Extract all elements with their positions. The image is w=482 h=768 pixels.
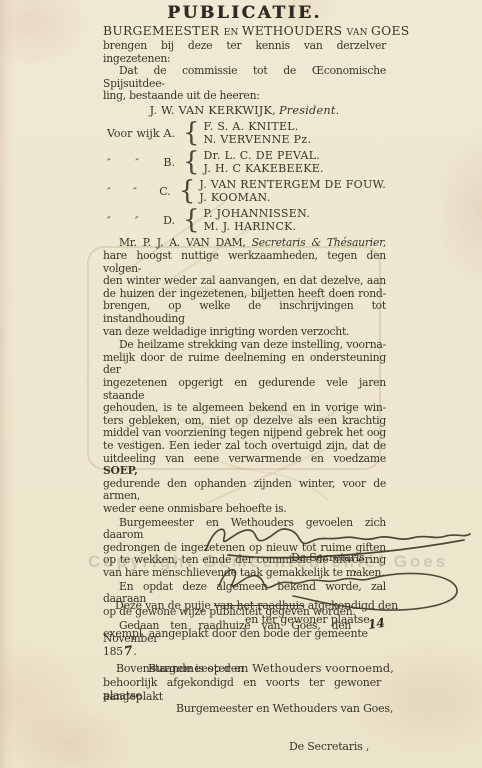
- ward-names: F. S. A. KNITEL. N. VERVENNE Pz.: [204, 120, 312, 146]
- text-line: gehouden, is te algemeen bekend en in vo…: [103, 402, 386, 415]
- bovenstaande-signoff: Burgemeester en Wethouders van Goes,: [176, 702, 393, 715]
- paragraph-giften: Burgemeester en Wethouders gevoelen zich…: [103, 517, 386, 580]
- ward-member: J. KOOMAN.: [199, 191, 386, 204]
- afkondiging-line-1: Deze van de puije van het raadhuis afgek…: [115, 599, 398, 612]
- bovenstaande-line-1: Bovenstaande is op den: [116, 662, 244, 675]
- scanned-publication-page: Copyright Gemeentearchief Goes PUBLICATI…: [0, 0, 482, 768]
- ward-row-d: ″″D. { P. JOHANNISSEN. M. J. HARINCK.: [103, 207, 386, 233]
- president-title: President.: [279, 104, 339, 117]
- ward-names: P. JOHANNISSEN. M. J. HARINCK.: [204, 207, 311, 233]
- ward-row-b: ″″B. { Dr. L. C. DE PEVAL. J. H. C KAKEB…: [103, 149, 386, 175]
- text-line: hare hoogst nuttige werkzaamheden, tegen…: [103, 250, 386, 275]
- text-line: Dat de commissie tot de Œconomische Spij…: [103, 65, 386, 90]
- afkondiging-line-2: en ter gewoner plaatse: [245, 613, 370, 626]
- text-span: afgekondigd den: [304, 599, 398, 612]
- text-line: brengen, op welke de inschrijvingen tot …: [103, 300, 386, 325]
- ward-member: N. VERVENNE Pz.: [204, 133, 312, 146]
- brace-glyph: {: [179, 178, 196, 204]
- heading-part: BURGEMEESTER: [103, 24, 224, 38]
- text-line: Burgemeester en Wethouders gevoelen zich…: [103, 517, 386, 542]
- ditto-mark: ″: [135, 216, 139, 227]
- ward-row-a: VoorwijkA. { F. S. A. KNITEL. N. VERVENN…: [103, 120, 386, 146]
- ward-member: Dr. L. C. DE PEVAL.: [204, 149, 324, 162]
- text-span-italic: Secretaris & Thésaurier,: [252, 236, 386, 249]
- ditto-mark: ″: [133, 187, 137, 198]
- heading-part: GOES: [371, 24, 410, 38]
- ward-label: ″″D.: [103, 214, 175, 227]
- heading-part: EN: [224, 28, 242, 38]
- text-line: uitdeeling van eene verwarmende en voedz…: [103, 453, 386, 478]
- ward-names: J. VAN RENTERGEM DE FOUW. J. KOOMAN.: [199, 178, 386, 204]
- ditto-mark: ″: [107, 216, 111, 227]
- president-line: J. W. VAN KERKWIJK,President.: [103, 104, 386, 118]
- text-line: gedurende den ophanden zijnden winter, v…: [103, 478, 386, 503]
- heading-part: WETHOUDERS: [242, 24, 347, 38]
- ward-label: ″″B.: [103, 156, 175, 169]
- brace-glyph: {: [183, 149, 200, 175]
- ward-row-c: ″″C. { J. VAN RENTERGEM DE FOUW. J. KOOM…: [103, 178, 386, 204]
- text-line: ingezetenen opgerigt en gedurende vele j…: [103, 377, 386, 402]
- text-line: melijk door de ruime deelneming en onder…: [103, 352, 386, 377]
- handwritten-digit: 7: [123, 645, 133, 659]
- text-line: van hare menschlievende taak gemakkelijk…: [103, 567, 386, 580]
- text-line: weder eene onmisbare behoefte is.: [103, 503, 386, 516]
- ditto-mark: ″: [107, 187, 111, 198]
- ditto-mark: ″: [107, 158, 111, 169]
- text-span: Deze van de puije: [115, 599, 214, 612]
- text-span: Mr. P. J. A. VAN DAM,: [119, 236, 252, 249]
- ward-names: Dr. L. C. DE PEVAL. J. H. C KAKEBEEKE.: [204, 149, 324, 175]
- year-line: 1857.: [103, 645, 386, 659]
- issuer-heading: BURGEMEESTER EN WETHOUDERS VAN GOES: [103, 23, 386, 40]
- text-span: uitdeeling van eene verwarmende en voedz…: [103, 452, 386, 465]
- brace-glyph: {: [183, 207, 200, 233]
- printed-year: 185: [103, 645, 123, 658]
- ward-letter: B.: [163, 156, 175, 169]
- ward-member: M. J. HARINCK.: [204, 220, 311, 233]
- ward-letter: D.: [163, 214, 175, 227]
- ward-label-word: wijk: [136, 127, 159, 140]
- ward-label: VoorwijkA.: [103, 127, 175, 140]
- ward-member: F. S. A. KNITEL.: [204, 120, 312, 133]
- bovenstaande-line-3: aangeplakt: [103, 690, 163, 703]
- ward-member: J. H. C KAKEBEEKE.: [204, 162, 324, 175]
- ward-label: ″″C.: [103, 185, 171, 198]
- text-line: ling, bestaande uit de heeren:: [103, 90, 386, 103]
- signoff-secretaris-label: De Secretaris: [291, 551, 365, 564]
- text-line: De heilzame strekking van deze instellin…: [103, 339, 386, 352]
- heading-part: VAN: [347, 28, 371, 38]
- ward-letter: A.: [164, 127, 175, 140]
- struck-text: van het raadhuis: [214, 599, 304, 612]
- text-span: .: [133, 645, 136, 658]
- ditto-mark: ″: [135, 158, 139, 169]
- soep-emphasis: SOEP,: [103, 464, 138, 477]
- publication-title: PUBLICATIE.: [103, 4, 386, 22]
- text-line: van deze weldadige inrigting worden verz…: [103, 326, 386, 339]
- president-name: J. W. VAN KERKWIJK,: [150, 104, 276, 117]
- ward-label-word: Voor: [107, 127, 132, 140]
- afkondiging-line-3: exempl. aangeplakt door den bode der gem…: [103, 627, 368, 640]
- printed-text-column: PUBLICATIE. BURGEMEESTER EN WETHOUDERS V…: [103, 2, 386, 675]
- brace-glyph: {: [183, 120, 200, 146]
- paragraph-heilzame: De heilzame strekking van deze instellin…: [103, 339, 386, 515]
- text-line: den winter weder zal aanvangen, en dat d…: [103, 275, 386, 288]
- ward-member: P. JOHANNISSEN.: [204, 207, 311, 220]
- paragraph-secretaris-dam: Mr. P. J. A. VAN DAM, Secretaris & Thésa…: [103, 237, 386, 338]
- ward-member: J. VAN RENTERGEM DE FOUW.: [199, 178, 386, 191]
- ward-letter: C.: [159, 185, 171, 198]
- text-line: brengen bij deze ter kennis van derzelve…: [103, 40, 386, 65]
- bottom-secretaris-label: De Secretaris ,: [289, 740, 369, 753]
